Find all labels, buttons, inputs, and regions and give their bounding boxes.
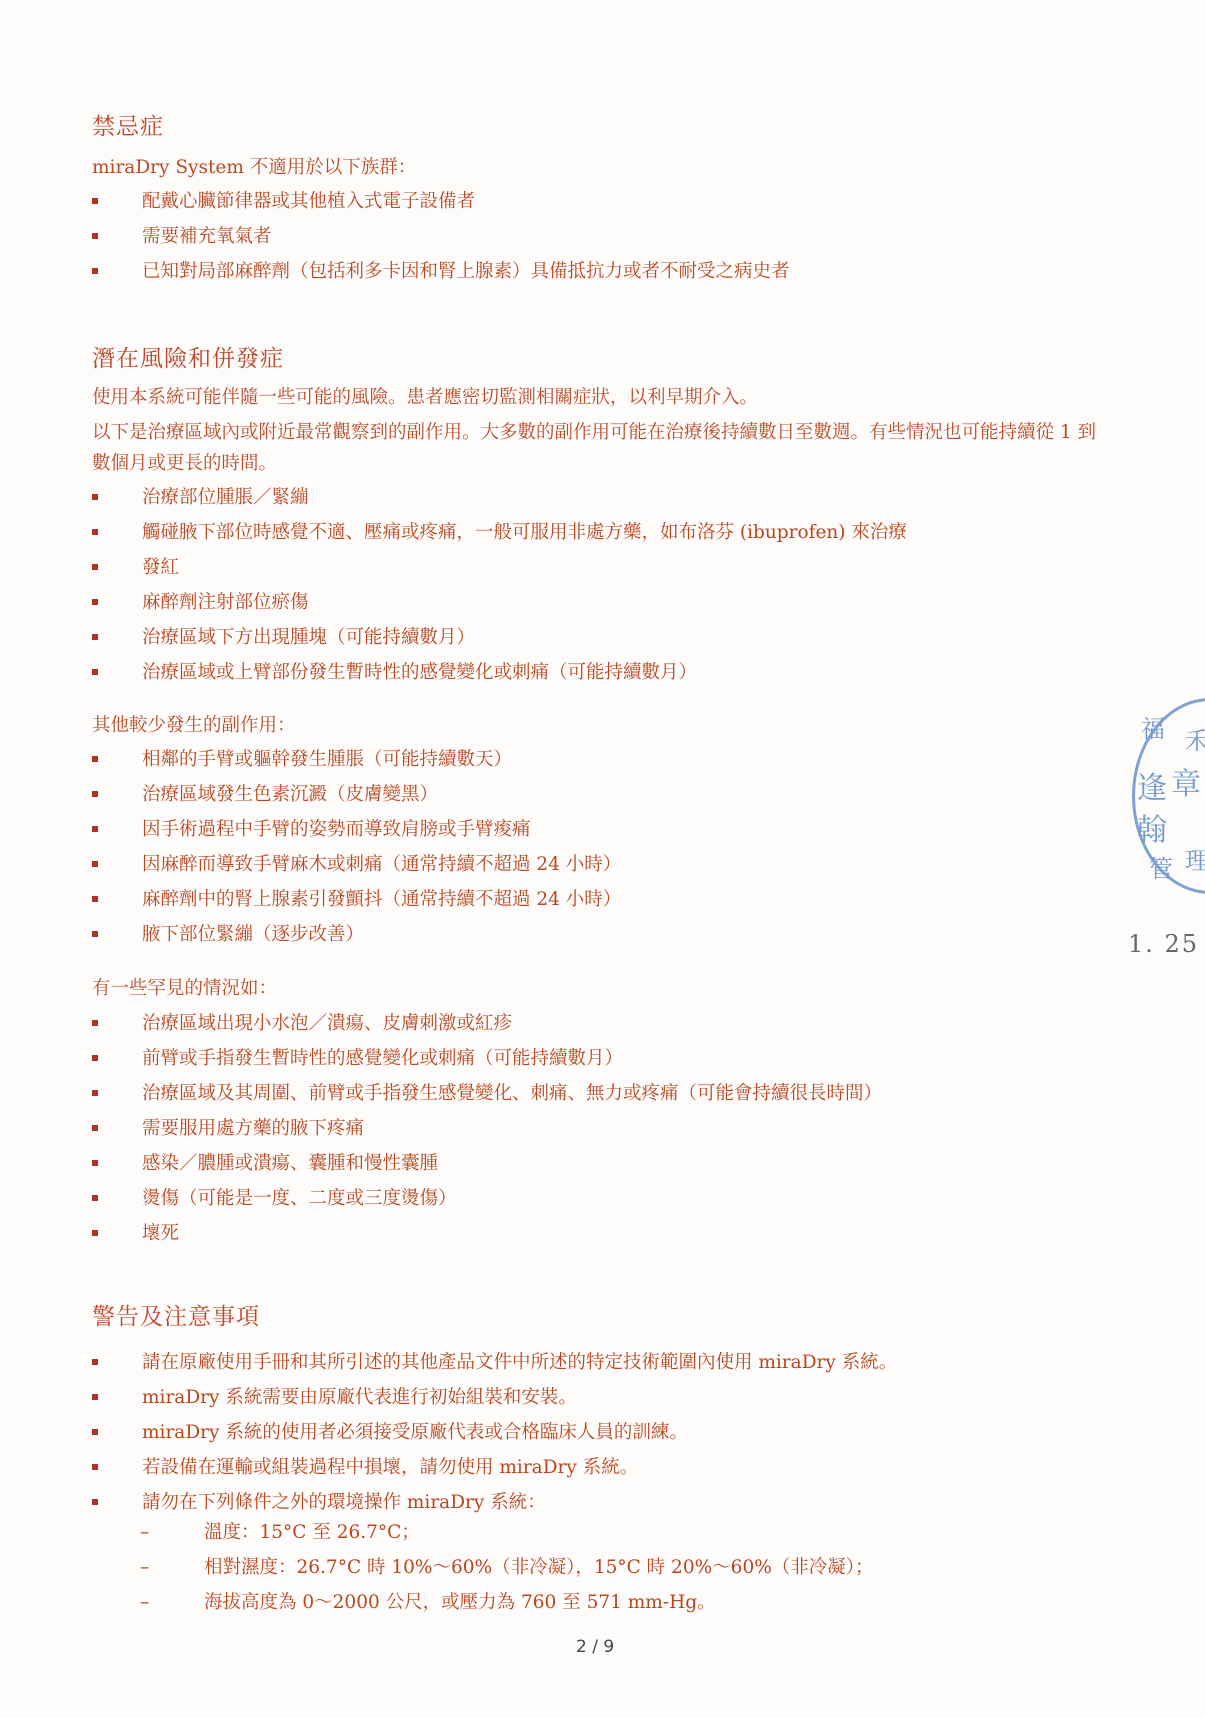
list-item: 因麻醉而導致手臂麻木或刺痛（通常持續不超過 24 小時） [92, 847, 621, 882]
square-bullet-icon [92, 233, 98, 239]
list-item: –溫度：15°C 至 26.7°C； [140, 1515, 874, 1550]
less-common-label: 其他較少發生的副作用： [92, 710, 1102, 741]
list-item: 發紅 [92, 550, 907, 585]
list-item: 請在原廠使用手冊和其所引述的其他產品文件中所述的特定技術範圍內使用 miraDr… [92, 1345, 897, 1380]
square-bullet-icon [92, 268, 98, 274]
risks-intro-1: 使用本系統可能伴隨一些可能的風險。患者應密切監測相關症狀，以利早期介入。 [92, 382, 1102, 413]
square-bullet-icon [92, 1055, 98, 1061]
list-item: 燙傷（可能是一度、二度或三度燙傷） [92, 1181, 882, 1216]
list-item: 觸碰腋下部位時感覺不適、壓痛或疼痛，一般可服用非處方藥，如布洛芬 (ibupro… [92, 515, 907, 550]
square-bullet-icon [92, 1464, 98, 1470]
operating-conditions-list: –溫度：15°C 至 26.7°C； –相對濕度：26.7°C 時 10%～60… [140, 1515, 874, 1620]
list-item: 治療區域下方出現腫塊（可能持續數月） [92, 620, 907, 655]
risks-intro-2: 以下是治療區域內或附近最常觀察到的副作用。大多數的副作用可能在治療後持續數日至數… [92, 417, 1102, 479]
square-bullet-icon [92, 896, 98, 902]
list-item: miraDry 系統的使用者必須接受原廠代表或合格臨床人員的訓練。 [92, 1415, 897, 1450]
square-bullet-icon [92, 1195, 98, 1201]
square-bullet-icon [92, 1499, 98, 1505]
list-item: 麻醉劑注射部位瘀傷 [92, 585, 907, 620]
square-bullet-icon [92, 1090, 98, 1096]
square-bullet-icon [92, 529, 98, 535]
common-side-effects-list: 治療部位腫脹／緊繃 觸碰腋下部位時感覺不適、壓痛或疼痛，一般可服用非處方藥，如布… [92, 480, 907, 690]
list-item: miraDry 系統需要由原廠代表進行初始組裝和安裝。 [92, 1380, 897, 1415]
list-item: 若設備在運輸或組裝過程中損壞，請勿使用 miraDry 系統。 [92, 1450, 897, 1485]
dash-bullet-icon: – [140, 1550, 149, 1585]
warnings-list: 請在原廠使用手冊和其所引述的其他產品文件中所述的特定技術範圍內使用 miraDr… [92, 1345, 897, 1520]
square-bullet-icon [92, 1160, 98, 1166]
list-item: 需要補充氧氣者 [92, 219, 790, 254]
square-bullet-icon [92, 198, 98, 204]
square-bullet-icon [92, 564, 98, 570]
square-bullet-icon [92, 1020, 98, 1026]
list-item: 相鄰的手臂或軀幹發生腫脹（可能持續數天） [92, 742, 621, 777]
rare-side-effects-list: 治療區域出現小水泡／潰瘍、皮膚刺激或紅疹 前臂或手指發生暫時性的感覺變化或刺痛（… [92, 1006, 882, 1251]
page-number: 2 / 9 [576, 1637, 614, 1657]
square-bullet-icon [92, 791, 98, 797]
list-item: 感染／膿腫或潰瘍、囊腫和慢性囊腫 [92, 1146, 882, 1181]
stamp-date: 1. 25 [1128, 930, 1199, 958]
square-bullet-icon [92, 826, 98, 832]
square-bullet-icon [92, 1230, 98, 1236]
list-item: 治療區域出現小水泡／潰瘍、皮膚刺激或紅疹 [92, 1006, 882, 1041]
square-bullet-icon [92, 931, 98, 937]
list-item: 麻醉劑中的腎上腺素引發顫抖（通常持續不超過 24 小時） [92, 882, 621, 917]
square-bullet-icon [92, 494, 98, 500]
square-bullet-icon [92, 1394, 98, 1400]
list-item: 壞死 [92, 1216, 882, 1251]
square-bullet-icon [92, 1359, 98, 1365]
official-seal-stamp: 福 禾 逢 章 翰 管 理 [1132, 698, 1205, 894]
list-item: 因手術過程中手臂的姿勢而導致肩膀或手臂痠痛 [92, 812, 621, 847]
square-bullet-icon [92, 599, 98, 605]
list-item: 治療區域或上臂部份發生暫時性的感覺變化或刺痛（可能持續數月） [92, 655, 907, 690]
contraindications-intro: miraDry System 不適用於以下族群： [92, 152, 1102, 183]
section-title-warnings: 警告及注意事項 [92, 1298, 260, 1331]
square-bullet-icon [92, 1125, 98, 1131]
list-item: –相對濕度：26.7°C 時 10%～60%（非冷凝），15°C 時 20%～6… [140, 1550, 874, 1585]
dash-bullet-icon: – [140, 1515, 149, 1550]
list-item: –海拔高度為 0～2000 公尺，或壓力為 760 至 571 mm-Hg。 [140, 1585, 874, 1620]
square-bullet-icon [92, 634, 98, 640]
square-bullet-icon [92, 1429, 98, 1435]
list-item: 治療區域發生色素沉澱（皮膚變黑） [92, 777, 621, 812]
square-bullet-icon [92, 669, 98, 675]
square-bullet-icon [92, 861, 98, 867]
document-page: 禁忌症 miraDry System 不適用於以下族群： 配戴心臟節律器或其他植… [0, 0, 1205, 1718]
less-common-side-effects-list: 相鄰的手臂或軀幹發生腫脹（可能持續數天） 治療區域發生色素沉澱（皮膚變黑） 因手… [92, 742, 621, 952]
contraindications-list: 配戴心臟節律器或其他植入式電子設備者 需要補充氧氣者 已知對局部麻醉劑（包括利多… [92, 184, 790, 289]
dash-bullet-icon: – [140, 1585, 149, 1620]
list-item: 治療區域及其周圍、前臂或手指發生感覺變化、刺痛、無力或疼痛（可能會持續很長時間） [92, 1076, 882, 1111]
section-title-risks: 潛在風險和併發症 [92, 340, 284, 373]
square-bullet-icon [92, 756, 98, 762]
section-title-contraindications: 禁忌症 [92, 108, 164, 141]
list-item: 治療部位腫脹／緊繃 [92, 480, 907, 515]
list-item: 已知對局部麻醉劑（包括利多卡因和腎上腺素）具備抵抗力或者不耐受之病史者 [92, 254, 790, 289]
list-item: 前臂或手指發生暫時性的感覺變化或刺痛（可能持續數月） [92, 1041, 882, 1076]
list-item: 配戴心臟節律器或其他植入式電子設備者 [92, 184, 790, 219]
list-item: 腋下部位緊繃（逐步改善） [92, 917, 621, 952]
rare-label: 有一些罕見的情況如： [92, 973, 1102, 1004]
list-item: 需要服用處方藥的腋下疼痛 [92, 1111, 882, 1146]
